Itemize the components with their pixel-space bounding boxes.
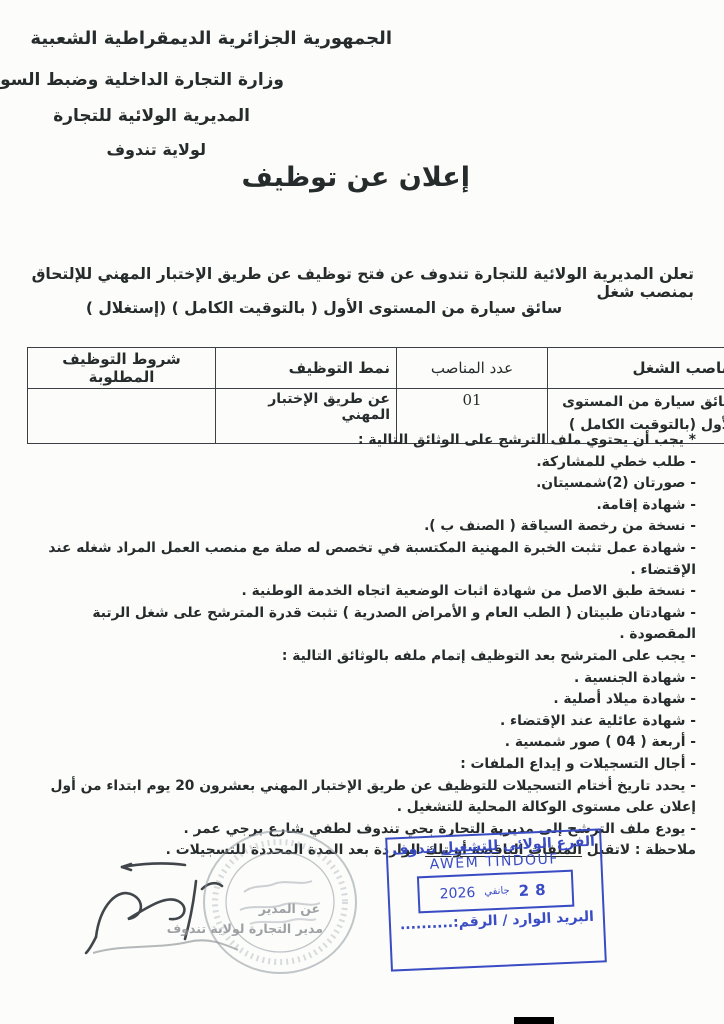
- list-item: - أجال التسجيلات و إيداع الملفات :: [30, 754, 696, 776]
- list-item: - شهادة عمل تثبت الخبرة المهنية المكتسبة…: [30, 538, 696, 581]
- stamp-date-year: 2026: [439, 884, 475, 902]
- list-item: - شهادة إقامة.: [30, 495, 696, 517]
- list-item: - شهادة عائلية عند الإقتضاء .: [30, 711, 696, 733]
- list-item: - نسخة من رخصة السياقة ( الصنف ب ).: [30, 516, 696, 538]
- stamp-date-day: 28: [518, 880, 552, 899]
- stamp-date-box: 2026 جانفي 28: [417, 870, 574, 914]
- header-cell-count: عدد المناصب: [397, 348, 548, 389]
- list-item: - طلب خطي للمشاركة.: [30, 452, 696, 474]
- scanned-job-announcement-document: الجمهورية الجزائرية الديمقراطية الشعبية …: [0, 0, 724, 1024]
- signature-tail: [86, 937, 96, 953]
- seal-center-script: [250, 919, 316, 924]
- list-item: - يحدد تاريخ أختام التسجيلات للتوظيف عن …: [30, 776, 696, 819]
- header-cell-conditions: شروط التوظيف المطلوبة: [28, 348, 216, 389]
- wilaya-line: لولاية تندوف: [0, 140, 724, 159]
- list-item: - يجب على المترشح بعد التوظيف إتمام ملفه…: [30, 646, 696, 668]
- list-item: - نسخة طبق الاصل من شهادة اثبات الوضعية …: [30, 581, 696, 603]
- intro-paragraph-line1: تعلن المديرية الولائية للتجارة تندوف عن …: [0, 265, 724, 301]
- table-header-row: مناصب الشغل عدد المناصب نمط التوظيف شروط…: [28, 348, 724, 389]
- seal-center-script: [240, 903, 320, 910]
- header-cell-position: مناصب الشغل: [548, 348, 724, 389]
- round-official-stamp: [192, 826, 362, 981]
- seal-text-ring: [215, 842, 345, 962]
- blue-registry-stamp: الفرع الولائي للتشغيل تندوف AWEM TINDOUF…: [385, 828, 607, 971]
- scan-artifact-bar: [514, 1017, 554, 1024]
- republic-header-line: الجمهورية الجزائرية الديمقراطية الشعبية: [0, 28, 724, 49]
- stamp-date-month: جانفي: [484, 885, 510, 897]
- list-item: - شهادتان طبيتان ( الطب العام و الأمراض …: [30, 603, 696, 646]
- seal-center-script: [244, 881, 312, 892]
- seal-inner-ring: [226, 852, 334, 952]
- list-item: - شهادة ميلاد أصلية .: [30, 689, 696, 711]
- page-title: إعلان عن توظيف: [0, 162, 724, 193]
- list-item: - شهادة الجنسية .: [30, 668, 696, 690]
- list-item: * يجب أن يحتوي ملف الترشح على الوثائق ال…: [30, 430, 696, 452]
- directorate-line: المديرية الولائية للتجارة: [0, 106, 724, 126]
- header-cell-mode: نمط التوظيف: [216, 348, 397, 389]
- list-item: - صورتان (2)شمسيتان.: [30, 473, 696, 495]
- ministry-line: وزارة التجارة الداخلية وضبط السوق الوطني…: [0, 70, 724, 90]
- intro-paragraph-line2: سائق سيارة من المستوى الأول ( بالتوقيت ا…: [0, 299, 686, 317]
- requirements-list: * يجب أن يحتوي ملف الترشح على الوثائق ال…: [30, 430, 696, 862]
- list-item: - أربعة ( 04 ) صور شمسية .: [30, 732, 696, 754]
